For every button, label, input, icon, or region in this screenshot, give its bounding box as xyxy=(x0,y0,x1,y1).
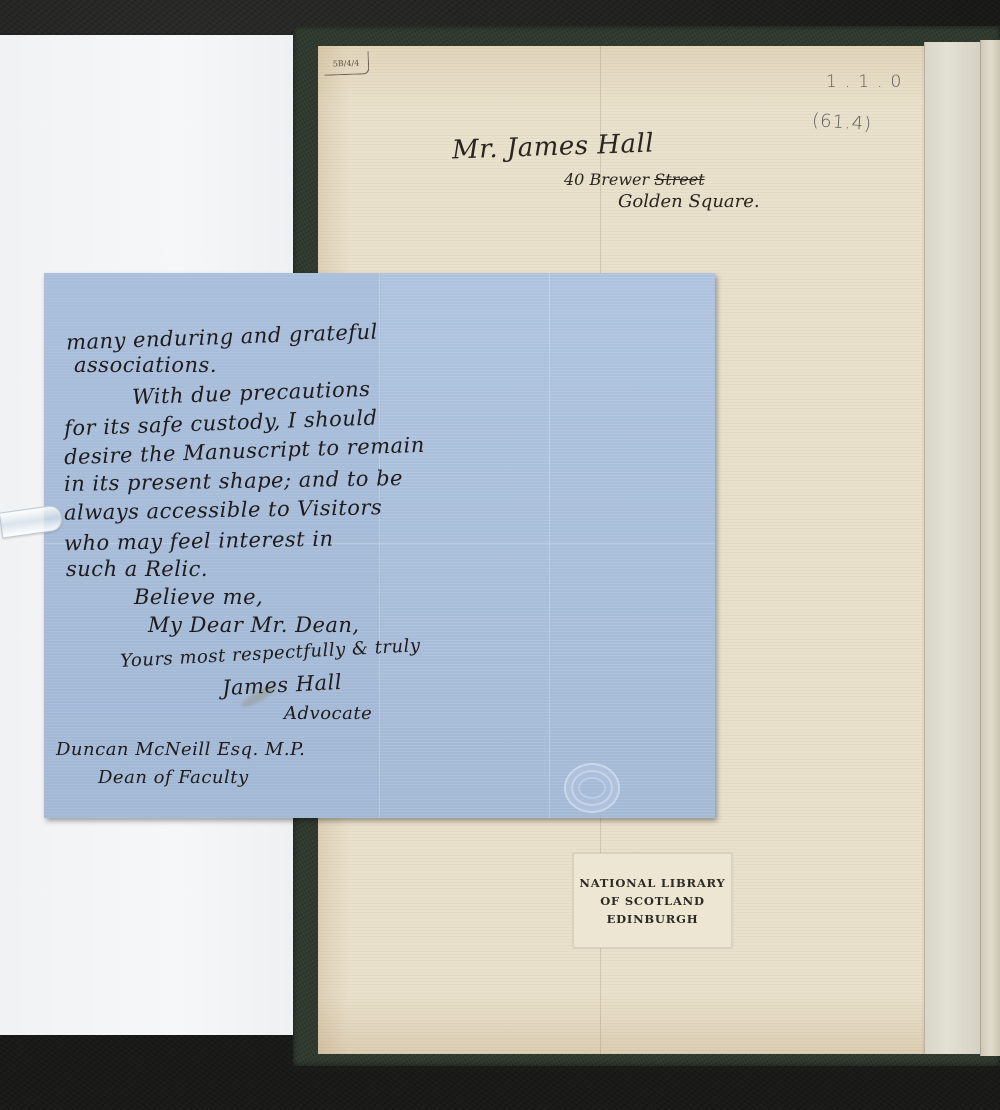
letter-line: associations. xyxy=(74,353,217,377)
library-label-line-1: NATIONAL LIBRARY xyxy=(579,876,725,890)
guard-strip-edge xyxy=(980,40,1000,1056)
manuscript-photo-scene: 5B/4/4 1.1.0 (61.4) Mr. James Hall 40 Br… xyxy=(0,0,1000,1110)
shelfmark-text: 5B/4/4 xyxy=(333,58,360,68)
letter-addressee: Duncan McNeill Esq. M.P. xyxy=(56,739,305,760)
letter-vertical-fold-2 xyxy=(549,273,550,818)
letter-addressee-title: Dean of Faculty xyxy=(98,767,249,788)
address-struck-word: Street xyxy=(654,170,704,189)
letter-closing: Believe me, xyxy=(134,585,263,609)
library-label-line-2: OF SCOTLAND xyxy=(600,894,705,908)
pencil-reference: 1.1.0 xyxy=(826,72,909,92)
address-street-number: 40 Brewer xyxy=(564,170,649,189)
guard-strip xyxy=(924,42,981,1054)
blue-letter-sheet: many enduring and grateful associations.… xyxy=(44,273,715,818)
letter-line: who may feel interest in xyxy=(64,527,334,556)
letter-salutation: My Dear Mr. Dean, xyxy=(148,613,360,637)
address-line-1: 40 Brewer Street xyxy=(564,170,705,189)
pencil-paren-number: (61.4) xyxy=(811,110,872,135)
library-bookplate-label: NATIONAL LIBRARY OF SCOTLAND EDINBURGH xyxy=(573,853,732,948)
letter-line: such a Relic. xyxy=(66,557,208,581)
embossed-seal-icon xyxy=(564,763,620,813)
address-line-2: Golden Square. xyxy=(618,191,760,212)
letter-vertical-fold xyxy=(379,273,381,818)
library-label-line-3: EDINBURGH xyxy=(607,912,699,926)
letter-signature-title: Advocate xyxy=(284,703,372,724)
shelfmark-box: 5B/4/4 xyxy=(324,51,370,76)
